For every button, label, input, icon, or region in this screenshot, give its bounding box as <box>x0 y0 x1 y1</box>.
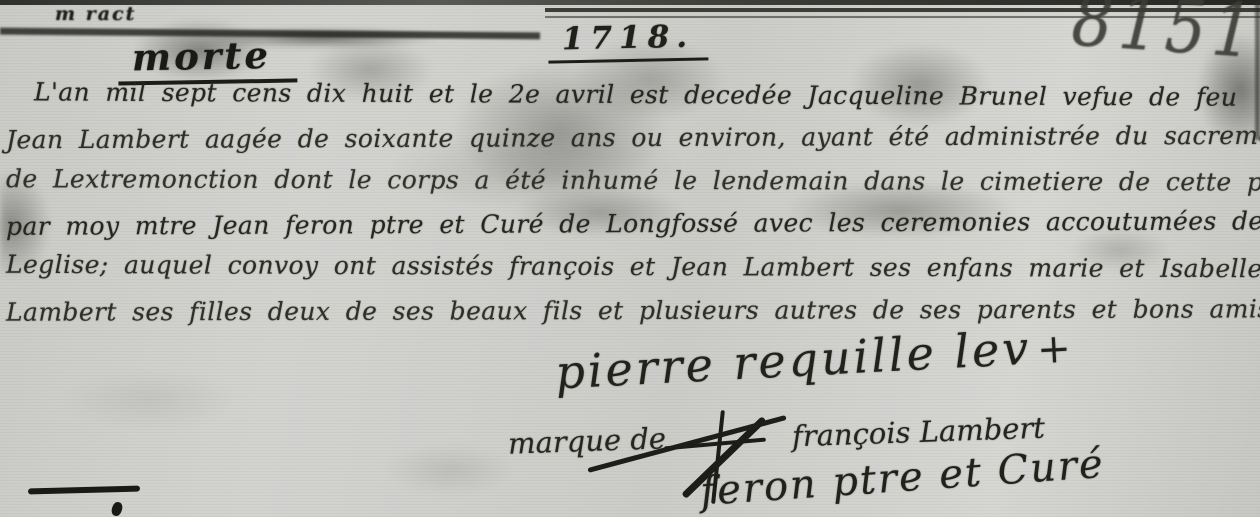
parish-register-scan: m ract morte 1718. 8151 L'an mil sept ce… <box>0 0 1260 517</box>
folio-number: 8151 <box>1069 0 1260 76</box>
page-top-edge <box>0 0 1260 5</box>
ink-dot-bottom-left <box>110 501 123 517</box>
record-line-2: Jean Lambert aagée de soixante quinze an… <box>6 121 1260 155</box>
year-heading: 1718. <box>548 18 709 63</box>
witness-signature-text: pierre requille lev <box>554 321 1033 400</box>
record-line-3: de Lextremonction dont le corps a été in… <box>6 164 1260 197</box>
signature-paraph-icon: + <box>1036 325 1075 373</box>
record-line-5: Leglise; auquel convoy ont assistés fran… <box>6 250 1260 283</box>
record-line-4: par moy mtre Jean feron ptre et Curé de … <box>6 206 1260 241</box>
witness-signature: pierre requille lev+ <box>554 318 1075 399</box>
ink-stroke-bottom-left <box>28 486 140 495</box>
marginal-note: m ract <box>55 3 136 25</box>
record-line-1: L'an mil sept cens dix huit et le 2e avr… <box>6 77 1237 111</box>
